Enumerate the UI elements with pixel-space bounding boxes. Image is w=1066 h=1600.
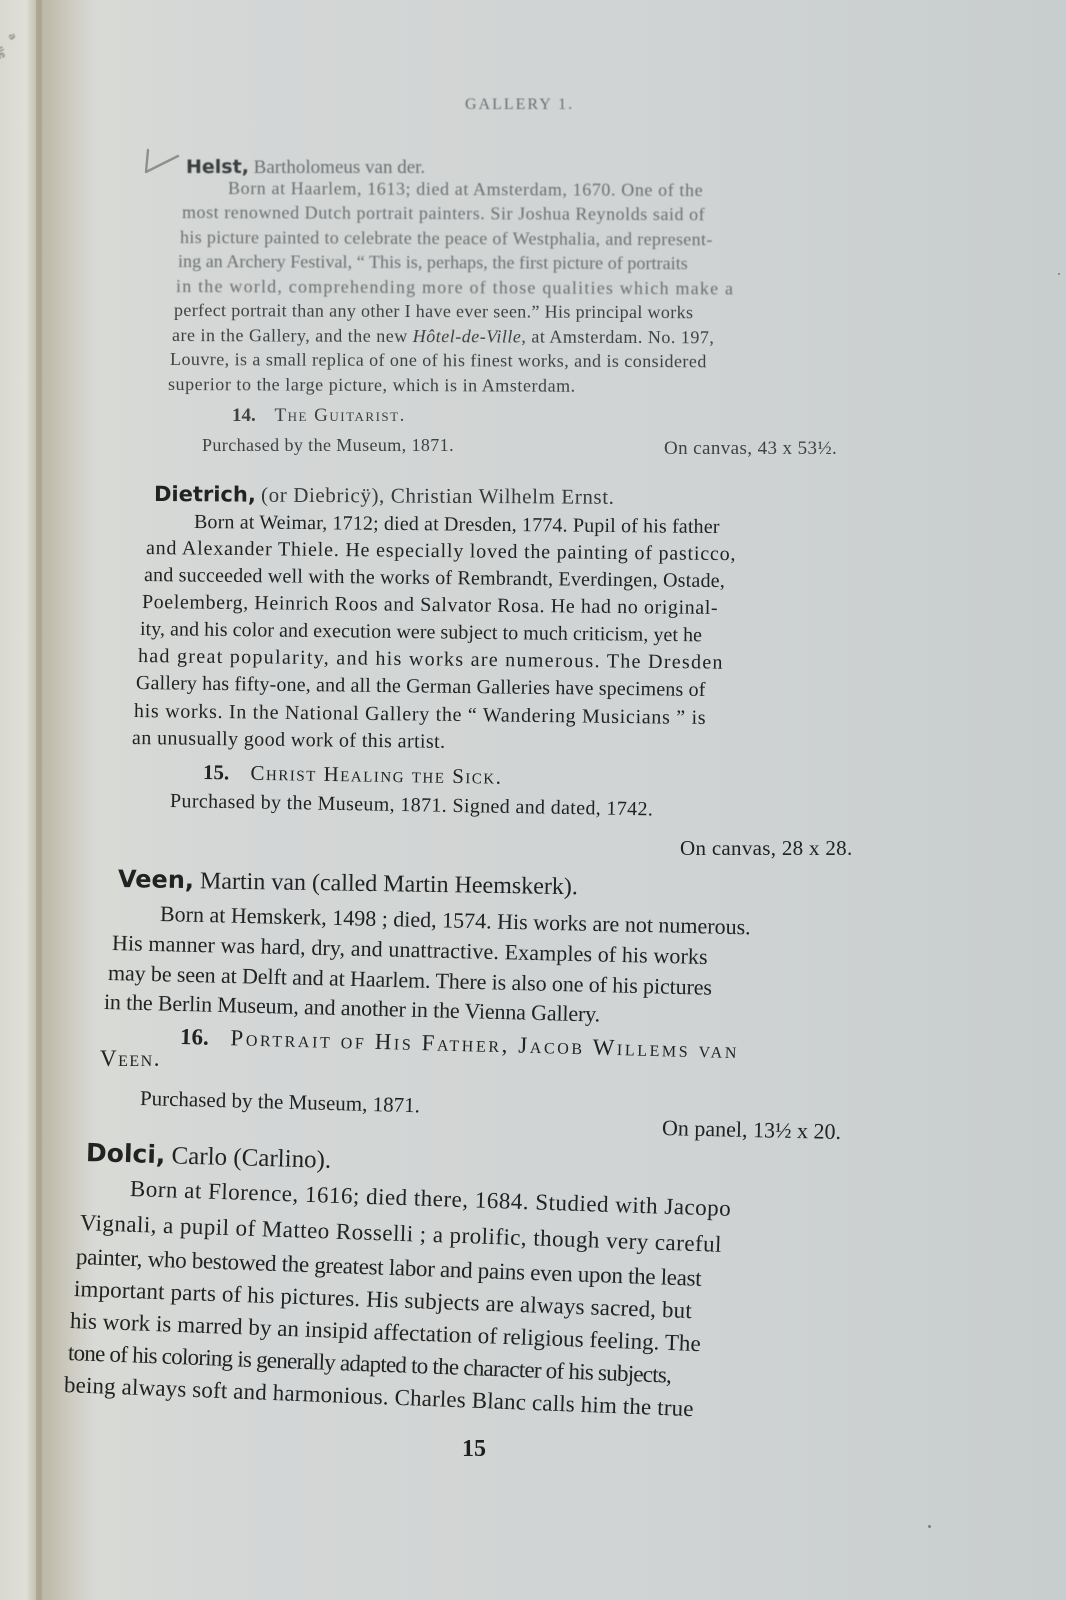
bio-line: Louvre, is a small replica of one of his… — [170, 349, 707, 372]
bio-line: ity, and his color and execution were su… — [140, 618, 702, 647]
artist-heading: Dietrich, (or Diebricÿ), Christian Wilh… — [154, 482, 615, 510]
artist-given-name: Martin van (called Martin Heemskerk). — [200, 868, 578, 900]
bio-line: his works. In the National Gallery the “… — [134, 700, 707, 730]
bio-line: had great popularity, and his works are … — [138, 645, 724, 675]
bio-text: are in the Gallery, and the new — [172, 325, 413, 346]
artist-surname: Helst, — [186, 156, 249, 178]
work-number: 16. — [180, 1024, 209, 1050]
work-provenance: Purchased by the Museum, 1871. — [202, 435, 454, 456]
bio-line: and succeeded well with the works of Rem… — [144, 564, 725, 593]
artist-heading: Dolci, Carlo (Carlino). — [86, 1138, 332, 1175]
bio-line: Gallery has fifty-one, and all the Germa… — [136, 672, 706, 702]
book-page: GALLERY 1. Helst, Bartholomeus van der. … — [0, 0, 1066, 1600]
bio-line: superior to the large picture, which is … — [168, 374, 576, 397]
artist-given-name: Carlo (Carlino). — [171, 1142, 331, 1173]
artist-given-name: Bartholomeus van der. — [254, 157, 426, 178]
work-provenance: Purchased by the Museum, 1871. Signed an… — [170, 790, 654, 821]
work-provenance: Purchased by the Museum, 1871. — [140, 1086, 421, 1118]
bio-italic-text: Hôtel-de-Ville — [413, 326, 522, 346]
bio-line: perfect portrait than any other I have e… — [174, 300, 693, 323]
paper-speck — [928, 1525, 931, 1528]
work-heading: 15. Christ Healing the Sick. — [203, 760, 503, 790]
bio-line: Born at Weimar, 1712; died at Dresden, 1… — [194, 511, 720, 539]
work-medium: On panel, 13½ x 20. — [662, 1115, 842, 1145]
bio-line: in the world, comprehending more of thos… — [176, 276, 734, 299]
book-spread: a elle e Lae, pecie re an ose, it r Ross… — [0, 0, 1066, 1600]
work-title: Christ Healing the Sick. — [250, 761, 502, 789]
work-title-continued: Veen. — [100, 1046, 161, 1072]
artist-heading: Helst, Bartholomeus van der. — [186, 156, 425, 179]
work-title: Portrait of His Father, Jacob Willems va… — [230, 1025, 739, 1063]
bio-line: and Alexander Thiele. He especially love… — [146, 537, 736, 566]
bio-line: Born at Haarlem, 1613; died at Amsterdam… — [228, 178, 703, 201]
check-mark-icon — [140, 148, 180, 180]
artist-surname: Dolci, — [86, 1138, 166, 1169]
work-medium: On canvas, 43 x 53½. — [664, 438, 837, 460]
work-number: 14. — [232, 405, 256, 426]
bio-text: , at Amsterdam. No. 197, — [521, 327, 714, 348]
bio-line: most renowned Dutch portrait painters. S… — [182, 202, 705, 225]
artist-given-name: (or Diebricÿ), Christian Wilhelm Ernst. — [261, 483, 615, 509]
bio-line: his picture painted to celebrate the pea… — [180, 227, 713, 250]
bio-line: an unusually good work of this artist. — [132, 727, 446, 754]
work-heading: 16. Portrait of His Father, Jacob Willem… — [180, 1024, 740, 1064]
page-number: 15 — [462, 1436, 486, 1463]
bio-line: ing an Archery Festival, “ This is, perh… — [178, 251, 688, 274]
work-number: 15. — [203, 760, 230, 784]
bio-line: are in the Gallery, and the new Hôtel-de… — [172, 325, 714, 348]
artist-surname: Veen, — [118, 865, 194, 894]
artist-heading: Veen, Martin van (called Martin Heemsker… — [118, 865, 578, 901]
work-medium: On canvas, 28 x 28. — [680, 836, 853, 861]
work-title: The Guitarist. — [275, 405, 406, 426]
work-heading: 14. The Guitarist. — [232, 405, 406, 427]
running-head: GALLERY 1. — [465, 96, 574, 114]
paper-speck — [1058, 273, 1060, 275]
artist-surname: Dietrich, — [154, 482, 256, 507]
bio-line: Poelemberg, Heinrich Roos and Salvator R… — [142, 591, 718, 620]
